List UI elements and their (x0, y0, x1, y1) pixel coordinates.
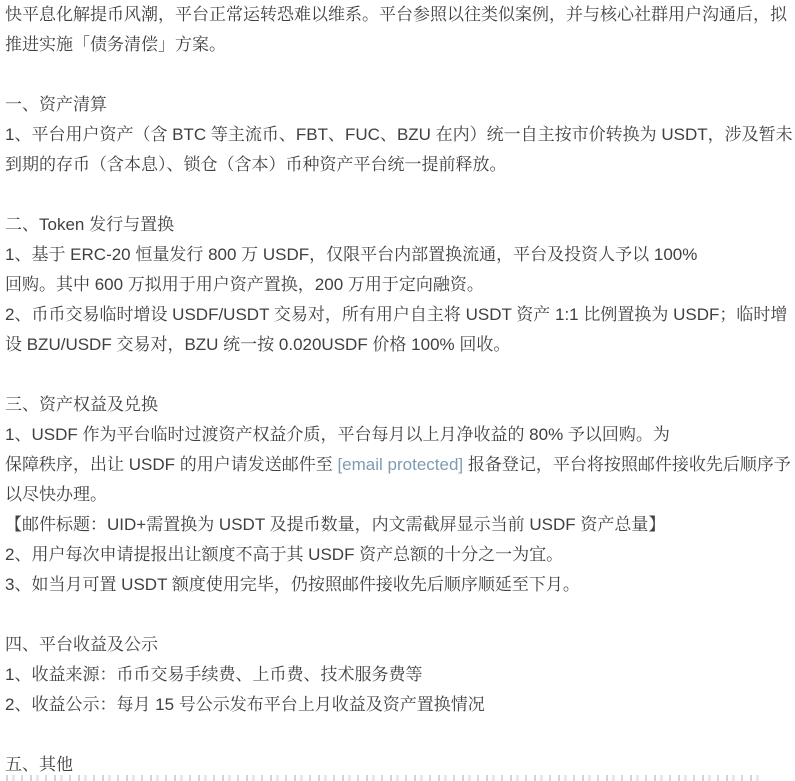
paragraph-line: 2、用户每次申请提报出让额度不高于其 USDF 资产总额的十分之一为宜。 (5, 540, 790, 570)
paragraph-line: 回购。其中 600 万拟用于用户资产置换，200 万用于定向融资。 (5, 270, 790, 300)
paragraph-line: 【邮件标题：UID+需置换为 USDT 及提币数量，内文需截屏显示当前 USDF… (5, 510, 790, 540)
section-title: 三、资产权益及兑换 (5, 390, 790, 420)
paragraph-line: 1、收益来源：币币交易手续费、上币费、技术服务费等 (5, 660, 790, 690)
paragraph-line: 快平息化解提币风潮，平台正常运转恐难以维系。平台参照以往类似案例，并与核心社群用… (5, 0, 790, 30)
link-line-post: 报备登记，平台将按照邮件接收先后顺序予 (463, 455, 791, 474)
paragraph-line: 1、平台用户资产（含 BTC 等主流币、FBT、FUC、BZU 在内）统一自主按… (5, 120, 790, 150)
section-asset-liquidation: 一、资产清算 1、平台用户资产（含 BTC 等主流币、FBT、FUC、BZU 在… (5, 90, 790, 180)
link-line-pre: 保障秩序，出让 USDF 的用户请发送邮件至 (5, 455, 337, 474)
paragraph-line: 以尽快办理。 (5, 480, 790, 510)
section-title: 四、平台收益及公示 (5, 630, 790, 660)
email-link[interactable]: [email protected] (337, 455, 463, 474)
paragraph-line: 2、币币交易临时增设 USDF/USDT 交易对，所有用户自主将 USDT 资产… (5, 300, 790, 330)
paragraph-line: 1、USDF 作为平台临时过渡资产权益介质，平台每月以上月净收益的 80% 予以… (5, 420, 790, 450)
paragraph-line: 推进实施「债务清偿」方案。 (5, 30, 790, 60)
paragraph-line: 3、如当月可置 USDT 额度使用完毕，仍按照邮件接收先后顺序顺延至下月。 (5, 570, 790, 600)
section-token-issuance: 二、Token 发行与置换 1、基于 ERC-20 恒量发行 800 万 USD… (5, 210, 790, 360)
section-platform-revenue: 四、平台收益及公示 1、收益来源：币币交易手续费、上币费、技术服务费等 2、收益… (5, 630, 790, 720)
paragraph-line-with-link: 保障秩序，出让 USDF 的用户请发送邮件至 [email protected]… (5, 450, 790, 480)
announcement-document: 快平息化解提币风潮，平台正常运转恐难以维系。平台参照以往类似案例，并与核心社群用… (0, 0, 795, 780)
clipped-text-line (6, 775, 764, 781)
section-title: 二、Token 发行与置换 (5, 210, 790, 240)
paragraph-line: 到期的存币（含本息）、锁仓（含本）币种资产平台统一提前释放。 (5, 150, 790, 180)
section-title: 一、资产清算 (5, 90, 790, 120)
paragraph-line: 1、基于 ERC-20 恒量发行 800 万 USDF，仅限平台内部置换流通，平… (5, 240, 790, 270)
paragraph-line: 2、收益公示：每月 15 号公示发布平台上月收益及资产置换情况 (5, 690, 790, 720)
intro-paragraph: 快平息化解提币风潮，平台正常运转恐难以维系。平台参照以往类似案例，并与核心社群用… (5, 0, 790, 60)
paragraph-line: 设 BZU/USDF 交易对，BZU 统一按 0.020USDF 价格 100%… (5, 330, 790, 360)
section-asset-rights-exchange: 三、资产权益及兑换 1、USDF 作为平台临时过渡资产权益介质，平台每月以上月净… (5, 390, 790, 600)
